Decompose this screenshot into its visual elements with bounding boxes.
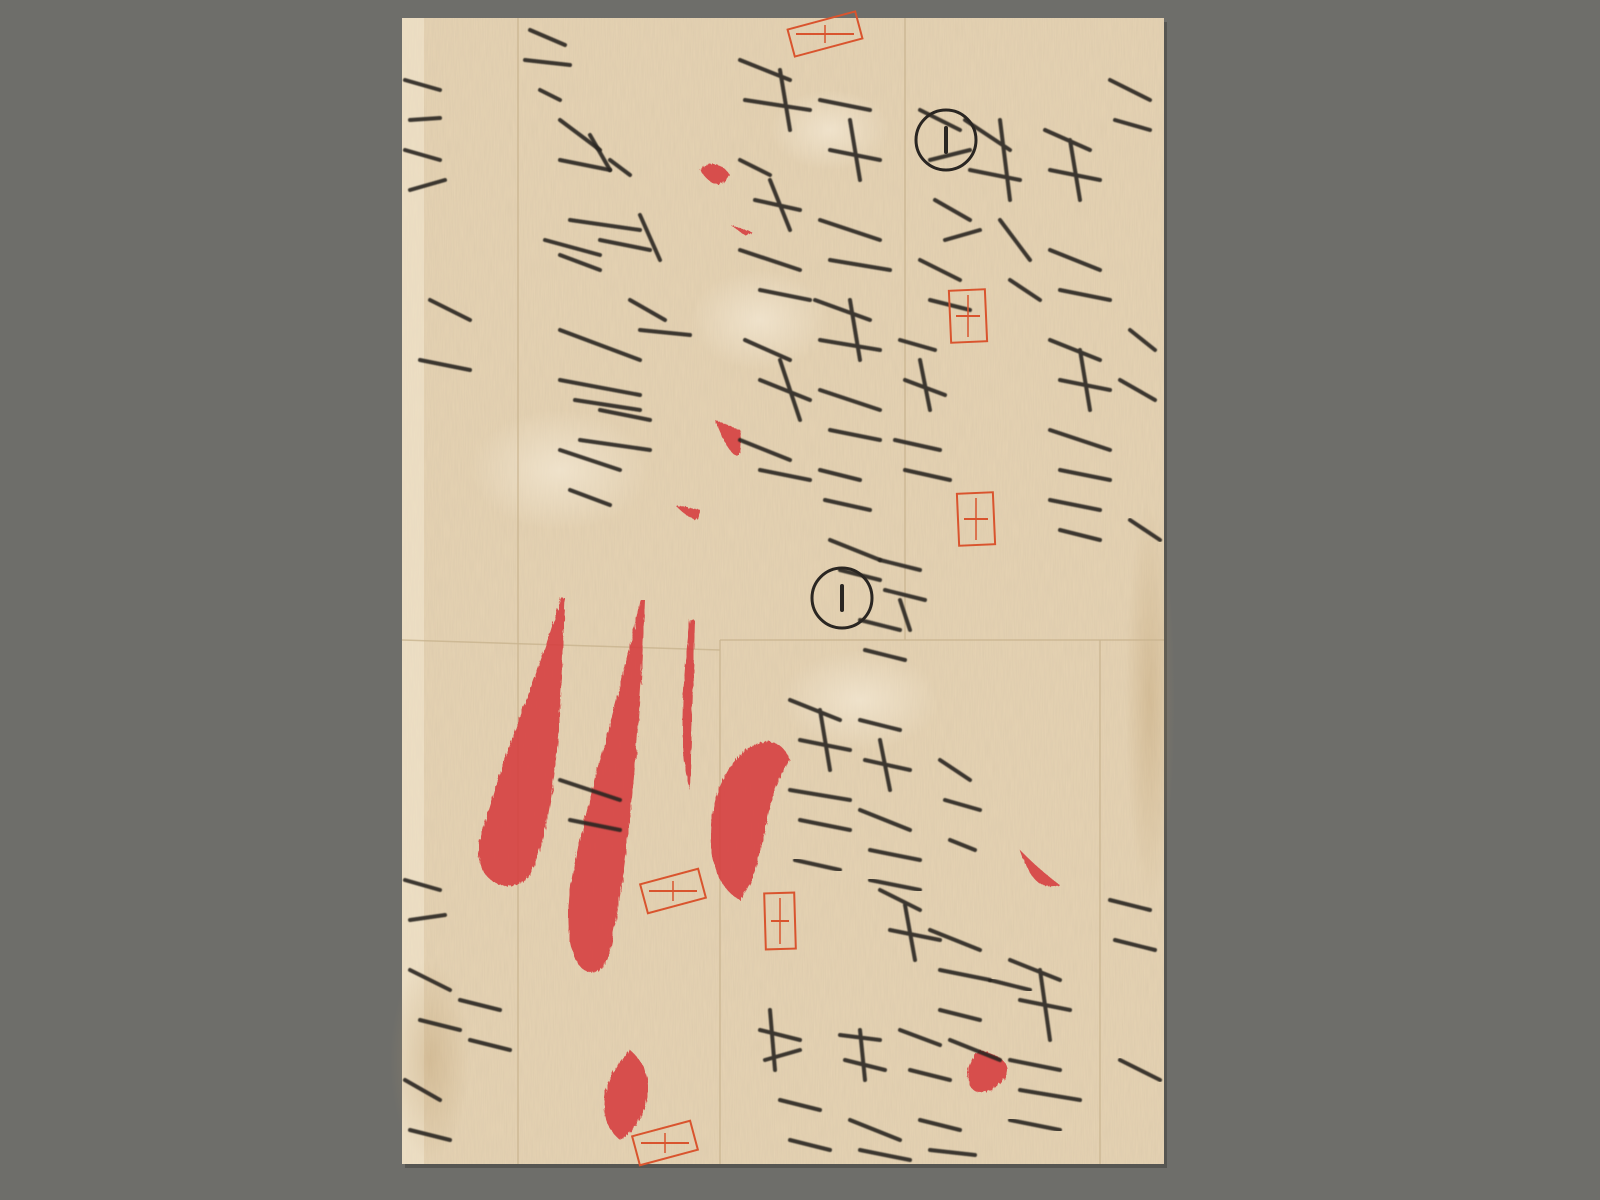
paper-texture [402,18,1164,1164]
light-stain [690,270,830,370]
document-photo [0,0,1600,1200]
dark-stain [390,960,470,1160]
light-stain [470,410,650,530]
dark-stain [1125,500,1175,900]
light-stain [780,650,940,750]
manuscript-paper [390,11,1175,1168]
